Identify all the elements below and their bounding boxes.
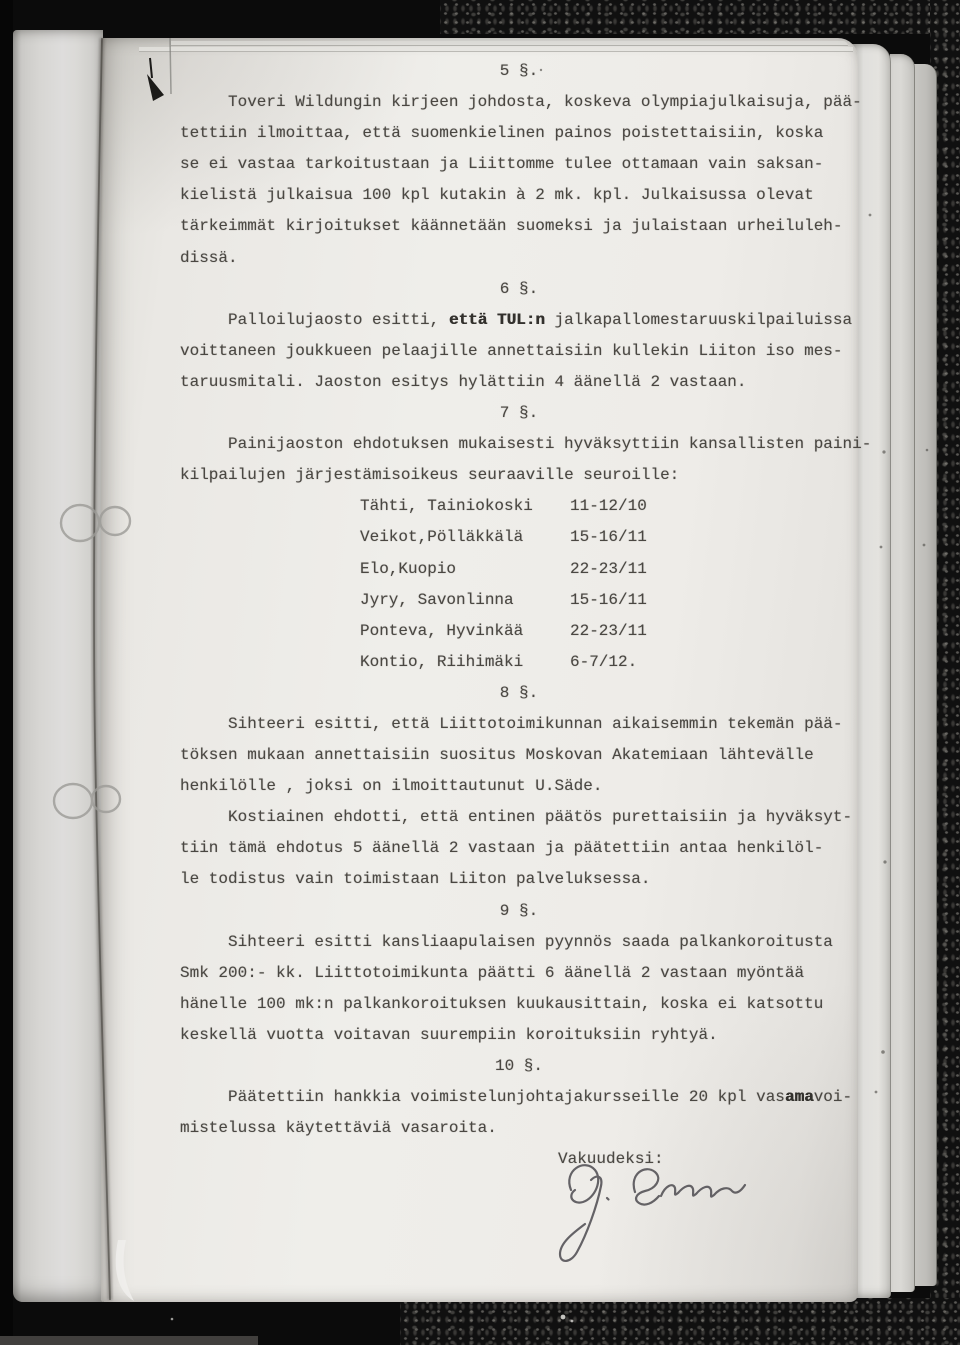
- club-name: Kontio, Riihimäki: [360, 647, 570, 678]
- section-heading: 7 §.: [180, 398, 858, 429]
- scan-edge-strip: [0, 1336, 258, 1345]
- text-line: kielistä julkaisua 100 kpl kutakin à 2 m…: [180, 180, 858, 211]
- section-heading: 6 §.: [180, 274, 858, 305]
- text-line: Päätettiin hankkia voimistelunjohtajakur…: [180, 1082, 858, 1113]
- text-line: Toveri Wildungin kirjeen johdosta, koske…: [180, 87, 858, 118]
- document-page: 5 §. Toveri Wildungin kirjeen johdosta, …: [101, 38, 858, 1302]
- text-line: keskellä vuotta voitavan suurempiin koro…: [180, 1020, 858, 1051]
- page-stack-edge-3: [914, 64, 937, 1286]
- club-name: Veikot,Pölläkkälä: [360, 522, 570, 553]
- competition-dates: 15-16/11: [570, 522, 647, 553]
- text-segment: Palloilujaosto esitti,: [228, 311, 449, 329]
- stacked-sheet-edge: [139, 47, 853, 52]
- competition-dates: 11-12/10: [570, 491, 647, 522]
- club-name: Jyry, Savonlinna: [360, 585, 570, 616]
- text-line: henkilölle , joksi on ilmoittautunut U.S…: [180, 771, 858, 802]
- competition-dates: 22-23/11: [570, 616, 647, 647]
- text-line: Painijaoston ehdotuksen mukaisesti hyväk…: [180, 429, 858, 460]
- club-name: Elo,Kuopio: [360, 554, 570, 585]
- text-line: tärkeimmät kirjoitukset käännetään suome…: [180, 211, 858, 242]
- text-segment: Päätettiin hankkia voimistelunjohtajakur…: [228, 1088, 785, 1106]
- scanner-background-top: [440, 0, 960, 34]
- text-line: mistelussa käytettäviä vasaroita.: [180, 1113, 858, 1144]
- text-line: Palloilujaosto esitti, että TUL:n jalkap…: [180, 305, 858, 336]
- book-scan: 5 §. Toveri Wildungin kirjeen johdosta, …: [0, 0, 960, 1345]
- club-name: Tähti, Tainiokoski: [360, 491, 570, 522]
- scan-border-left: [0, 0, 13, 1345]
- text-line: Kostiainen ehdotti, että entinen päätös …: [180, 802, 858, 833]
- competition-dates: 22-23/11: [570, 554, 647, 585]
- schedule-row: Ponteva, Hyvinkää22-23/11: [180, 616, 858, 647]
- text-line: voittaneen joukkueen pelaajille annettai…: [180, 336, 858, 367]
- text-line: kilpailujen järjestämisoikeus seuraavill…: [180, 460, 858, 491]
- schedule-row: Jyry, Savonlinna15-16/11: [180, 585, 858, 616]
- page-stack-edge-2: [890, 54, 915, 1292]
- stacked-sheet-edge: [171, 41, 848, 46]
- club-name: Ponteva, Hyvinkää: [360, 616, 570, 647]
- text-line: le todistus vain toimistaan Liiton palve…: [180, 864, 858, 895]
- competition-dates: 6-7/12.: [570, 647, 637, 678]
- text-line: Smk 200:- kk. Liittotoimikunta päätti 6 …: [180, 958, 858, 989]
- schedule-row: Tähti, Tainiokoski11-12/10: [180, 491, 858, 522]
- text-line: se ei vastaa tarkoitustaan ja Liittomme …: [180, 149, 858, 180]
- signature: [531, 1146, 771, 1281]
- typewritten-text: 5 §. Toveri Wildungin kirjeen johdosta, …: [180, 56, 858, 1175]
- schedule-row: Elo,Kuopio22-23/11: [180, 554, 858, 585]
- underlying-page-edge: [13, 30, 103, 1302]
- text-line: Sihteeri esitti kansliaapulaisen pyynnös…: [180, 927, 858, 958]
- overtyped-text: että TUL:n: [449, 311, 545, 329]
- text-segment: jalkapallomestaruuskilpailuissa: [545, 311, 852, 329]
- section-heading: 5 §.: [180, 56, 858, 87]
- competition-dates: 15-16/11: [570, 585, 647, 616]
- text-line: töksen mukaan annettaisiin suositus Mosk…: [180, 740, 858, 771]
- text-line: tiin tämä ehdotus 5 äänellä 2 vastaan ja…: [180, 833, 858, 864]
- section-heading: 9 §.: [180, 896, 858, 927]
- overtyped-text: ama: [785, 1088, 814, 1106]
- section-heading: 10 §.: [180, 1051, 858, 1082]
- text-segment: voi-: [814, 1088, 852, 1106]
- text-line: tettiin ilmoittaa, että suomenkielinen p…: [180, 118, 858, 149]
- schedule-row: Veikot,Pölläkkälä15-16/11: [180, 522, 858, 553]
- scanner-background-bottom: [400, 1298, 960, 1345]
- text-line: taruusmitali. Jaoston esitys hylättiin 4…: [180, 367, 858, 398]
- section-heading: 8 §.: [180, 678, 858, 709]
- text-line: dissä.: [180, 243, 858, 274]
- text-line: Sihteeri esitti, että Liittotoimikunnan …: [180, 709, 858, 740]
- schedule-row: Kontio, Riihimäki6-7/12.: [180, 647, 858, 678]
- text-line: hänelle 100 mk:n palkankoroituksen kuuka…: [180, 989, 858, 1020]
